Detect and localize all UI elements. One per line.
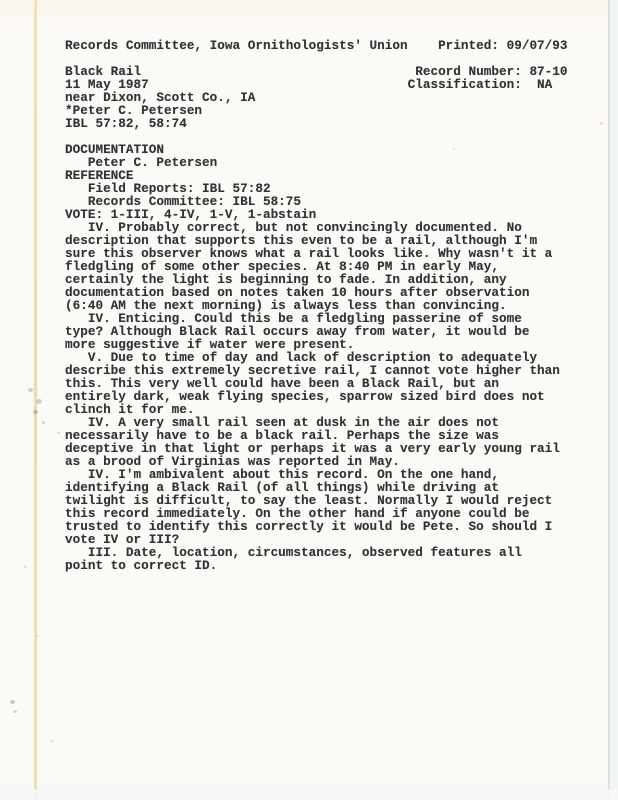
page-right-edge-line [608,0,610,800]
scan-speck [24,565,27,568]
scan-right-background [610,0,618,800]
scan-speck [36,635,39,637]
page-bottom-edge [0,789,618,800]
scan-speck [453,148,455,150]
scan-speck [50,740,53,742]
scan-speck [42,421,45,424]
document-text: Records Committee, Iowa Ornithologists' … [65,39,568,572]
scan-speck [600,122,603,125]
scan-speck [36,399,42,404]
scan-speck [33,410,38,414]
scanned-document-page: Records Committee, Iowa Ornithologists' … [0,0,618,800]
scan-speck [28,388,33,392]
scan-speck [10,700,15,704]
scan-speck [13,710,17,713]
scan-speck [57,432,60,434]
